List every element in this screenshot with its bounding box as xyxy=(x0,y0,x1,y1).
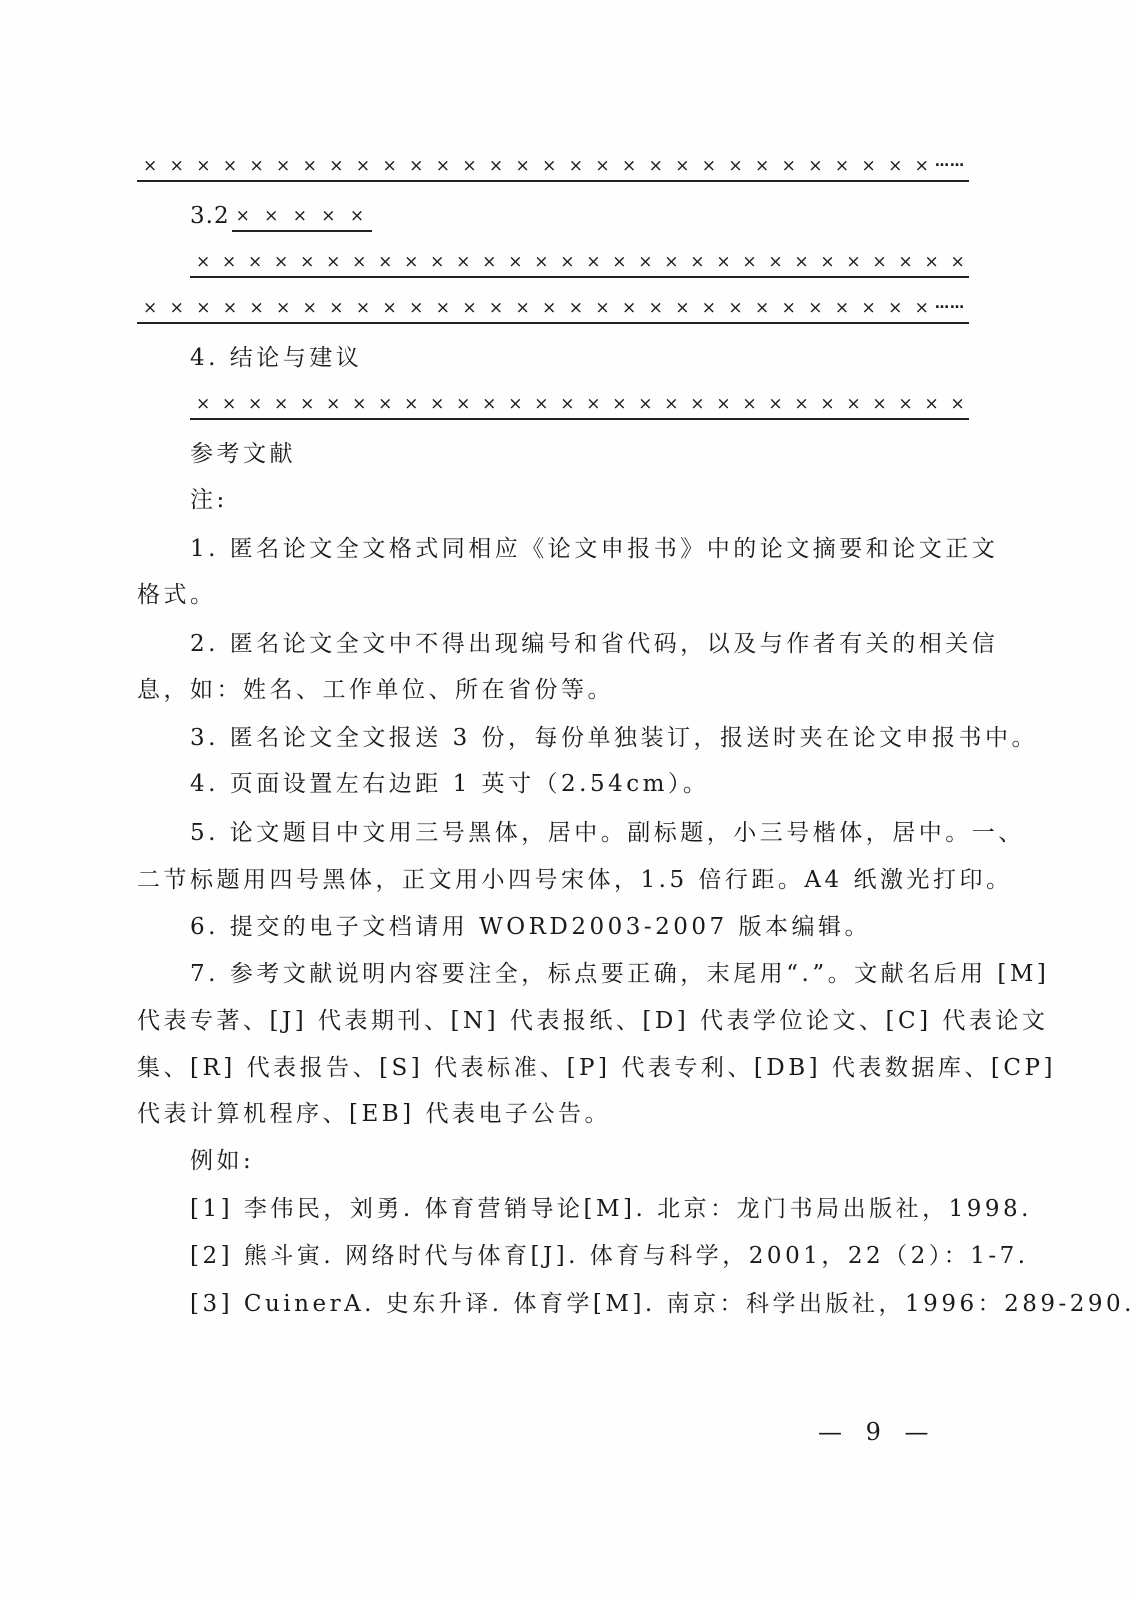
placeholder-x: × xyxy=(196,389,210,419)
document-page: ×××××××××××××××××××××××××××××× …… 3.2 ××… xyxy=(0,0,1132,1600)
note-7-cont-3: 代表计算机程序、[EB] 代表电子公告。 xyxy=(137,1096,969,1132)
placeholder-x: × xyxy=(768,389,782,419)
placeholder-x: × xyxy=(430,389,444,419)
placeholder-x: × xyxy=(404,247,418,277)
placeholder-x: × xyxy=(170,293,184,323)
placeholder-x: × xyxy=(846,389,860,419)
placeholder-x: × xyxy=(622,151,636,181)
note-7-cont-1: 代表专著、[J] 代表期刊、[N] 代表报纸、[D] 代表学位论文、[C] 代表… xyxy=(137,1003,969,1039)
placeholder-x: × xyxy=(534,389,548,419)
placeholder-text-line: ×××××××××××××××××××××××××××××× …… xyxy=(137,294,969,324)
placeholder-x: × xyxy=(794,389,808,419)
placeholder-x: × xyxy=(409,293,423,323)
placeholder-x: × xyxy=(356,293,370,323)
reference-example-2: [2] 熊斗寅. 网络时代与体育[J]. 体育与科学，2001，22（2）：1-… xyxy=(190,1238,969,1274)
placeholder-x: × xyxy=(872,389,886,419)
placeholder-x: × xyxy=(508,389,522,419)
placeholder-x: × xyxy=(143,151,157,181)
note-4: 4. 页面设置左右边距 1 英寸（2.54cm）。 xyxy=(190,766,969,802)
placeholder-x: × xyxy=(249,151,263,181)
placeholder-x: × xyxy=(143,293,157,323)
placeholder-x-run: ×××××××××××××××××××××××××××××× xyxy=(196,389,965,419)
placeholder-x: × xyxy=(462,151,476,181)
note-7-cont-2: 集、[R] 代表报告、[S] 代表标准、[P] 代表专利、[DB] 代表数据库、… xyxy=(137,1050,969,1086)
placeholder-x: × xyxy=(742,247,756,277)
placeholder-x: × xyxy=(542,293,556,323)
placeholder-x: × xyxy=(382,293,396,323)
placeholder-x: × xyxy=(950,389,964,419)
placeholder-x: × xyxy=(274,389,288,419)
placeholder-x: × xyxy=(409,151,423,181)
placeholder-x: × xyxy=(516,293,530,323)
placeholder-x: × xyxy=(782,293,796,323)
placeholder-x: × xyxy=(612,389,626,419)
placeholder-x: × xyxy=(649,151,663,181)
placeholder-x: × xyxy=(516,151,530,181)
placeholder-x: × xyxy=(872,247,886,277)
placeholder-x: × xyxy=(456,247,470,277)
placeholder-x: × xyxy=(462,293,476,323)
placeholder-x: × xyxy=(675,293,689,323)
placeholder-x: × xyxy=(924,389,938,419)
placeholder-x: × xyxy=(702,293,716,323)
placeholder-x: × xyxy=(300,247,314,277)
placeholder-x-run: ×××××××××××××××××××××××××××××× xyxy=(143,151,935,181)
placeholder-x: × xyxy=(356,151,370,181)
placeholder-x: × xyxy=(352,247,366,277)
note-1: 1. 匿名论文全文格式同相应《论文申报书》中的论文摘要和论文正文 xyxy=(190,531,969,567)
placeholder-x: × xyxy=(196,293,210,323)
placeholder-x: × xyxy=(768,247,782,277)
placeholder-x: × xyxy=(888,151,902,181)
placeholder-x: × xyxy=(690,389,704,419)
placeholder-x: × xyxy=(638,247,652,277)
placeholder-x: × xyxy=(782,151,796,181)
placeholder-x: × xyxy=(728,151,742,181)
placeholder-x: × xyxy=(489,151,503,181)
placeholder-x: × xyxy=(326,247,340,277)
placeholder-x: × xyxy=(329,151,343,181)
notes-label: 注: xyxy=(190,482,969,518)
placeholder-x: × xyxy=(236,200,252,230)
placeholder-x: × xyxy=(489,293,503,323)
placeholder-x: × xyxy=(569,151,583,181)
placeholder-x: × xyxy=(664,247,678,277)
placeholder-x: × xyxy=(586,247,600,277)
placeholder-x: × xyxy=(898,247,912,277)
placeholder-x: × xyxy=(560,389,574,419)
note-6: 6. 提交的电子文档请用 WORD2003-2007 版本编辑。 xyxy=(190,909,969,945)
note-5-cont: 二节标题用四号黑体，正文用小四号宋体，1.5 倍行距。A4 纸激光打印。 xyxy=(137,862,969,898)
placeholder-x: × xyxy=(861,293,875,323)
note-2-cont: 息，如：姓名、工作单位、所在省份等。 xyxy=(137,672,969,708)
placeholder-x: × xyxy=(276,151,290,181)
placeholder-x: × xyxy=(249,293,263,323)
placeholder-x: × xyxy=(264,200,280,230)
placeholder-x: × xyxy=(170,151,184,181)
placeholder-x: × xyxy=(560,247,574,277)
note-2: 2. 匿名论文全文中不得出现编号和省代码，以及与作者有关的相关信 xyxy=(190,626,969,662)
placeholder-x: × xyxy=(755,151,769,181)
placeholder-x: × xyxy=(569,293,583,323)
placeholder-x: × xyxy=(222,247,236,277)
placeholder-x: × xyxy=(742,389,756,419)
placeholder-x: × xyxy=(794,247,808,277)
placeholder-x: × xyxy=(436,293,450,323)
placeholder-x: × xyxy=(352,389,366,419)
placeholder-x: × xyxy=(820,247,834,277)
placeholder-x: × xyxy=(915,151,929,181)
placeholder-x: × xyxy=(223,151,237,181)
placeholder-x: × xyxy=(835,293,849,323)
placeholder-x-run: ×××××××××××××××××××××××××××××× xyxy=(143,293,935,323)
placeholder-x: × xyxy=(820,389,834,419)
placeholder-x: × xyxy=(950,247,964,277)
placeholder-x: × xyxy=(329,293,343,323)
placeholder-x-run: ×××××××××××××××××××××××××××××× xyxy=(196,247,965,277)
placeholder-x: × xyxy=(898,389,912,419)
placeholder-x: × xyxy=(404,389,418,419)
placeholder-x: × xyxy=(622,293,636,323)
placeholder-x: × xyxy=(508,247,522,277)
placeholder-text-line: ×××××××××××××××××××××××××××××× xyxy=(190,390,969,420)
placeholder-x: × xyxy=(755,293,769,323)
reference-example-3: [3] CuinerA. 史东升译. 体育学[M]. 南京：科学出版社，1996… xyxy=(190,1286,969,1322)
ellipsis: …… xyxy=(935,289,965,322)
placeholder-x: × xyxy=(482,389,496,419)
placeholder-x: × xyxy=(595,151,609,181)
placeholder-x: × xyxy=(638,389,652,419)
placeholder-x: × xyxy=(293,200,309,230)
placeholder-x: × xyxy=(196,247,210,277)
placeholder-x: × xyxy=(482,247,496,277)
placeholder-text-line: ×××××××××××××××××××××××××××××× …… xyxy=(137,152,969,182)
placeholder-x: × xyxy=(321,200,337,230)
placeholder-x: × xyxy=(702,151,716,181)
placeholder-x: × xyxy=(248,389,262,419)
placeholder-x: × xyxy=(534,247,548,277)
placeholder-x: × xyxy=(196,151,210,181)
placeholder-x: × xyxy=(675,151,689,181)
placeholder-x: × xyxy=(222,389,236,419)
placeholder-x: × xyxy=(378,247,392,277)
placeholder-x: × xyxy=(542,151,556,181)
placeholder-text-line: ×××××××××××××××××××××××××××××× xyxy=(190,248,969,278)
placeholder-x: × xyxy=(690,247,704,277)
placeholder-x: × xyxy=(664,389,678,419)
section-number: 3.2 xyxy=(190,198,230,234)
placeholder-x: × xyxy=(326,389,340,419)
references-heading: 参考文献 xyxy=(190,436,969,472)
placeholder-x: × xyxy=(274,247,288,277)
placeholder-x: × xyxy=(378,389,392,419)
placeholder-x: × xyxy=(728,293,742,323)
note-5: 5. 论文题目中文用三号黑体，居中。副标题，小三号楷体，居中。一、 xyxy=(190,815,969,851)
placeholder-x: × xyxy=(586,389,600,419)
page-number: — 9 — xyxy=(818,1418,937,1446)
placeholder-x: × xyxy=(808,151,822,181)
placeholder-x: × xyxy=(350,200,366,230)
example-label: 例如: xyxy=(190,1143,969,1179)
placeholder-x: × xyxy=(303,151,317,181)
placeholder-x: × xyxy=(430,247,444,277)
placeholder-x: × xyxy=(888,293,902,323)
placeholder-x: × xyxy=(248,247,262,277)
placeholder-x: × xyxy=(649,293,663,323)
placeholder-x: × xyxy=(835,151,849,181)
section-title-placeholder: ××××× xyxy=(232,200,372,232)
placeholder-x: × xyxy=(861,151,875,181)
placeholder-x: × xyxy=(303,293,317,323)
section-heading-4: 4. 结论与建议 xyxy=(190,340,969,376)
placeholder-x: × xyxy=(716,389,730,419)
placeholder-x: × xyxy=(595,293,609,323)
placeholder-x: × xyxy=(456,389,470,419)
placeholder-x: × xyxy=(436,151,450,181)
placeholder-x: × xyxy=(276,293,290,323)
placeholder-x: × xyxy=(808,293,822,323)
note-1-cont: 格式。 xyxy=(137,577,969,613)
placeholder-x: × xyxy=(300,389,314,419)
placeholder-x: × xyxy=(382,151,396,181)
note-7: 7. 参考文献说明内容要注全，标点要正确，末尾用“.”。文献名后用 [M] xyxy=(190,956,969,992)
reference-example-1: [1] 李伟民，刘勇. 体育营销导论[M]. 北京：龙门书局出版社，1998. xyxy=(190,1191,969,1227)
ellipsis: …… xyxy=(935,147,965,180)
placeholder-x: × xyxy=(846,247,860,277)
placeholder-x: × xyxy=(924,247,938,277)
placeholder-x: × xyxy=(915,293,929,323)
placeholder-x: × xyxy=(716,247,730,277)
placeholder-x: × xyxy=(612,247,626,277)
section-heading-3-2: 3.2 ××××× xyxy=(190,198,969,234)
note-3: 3. 匿名论文全文报送 3 份，每份单独装订，报送时夹在论文申报书中。 xyxy=(190,720,969,756)
placeholder-x: × xyxy=(223,293,237,323)
